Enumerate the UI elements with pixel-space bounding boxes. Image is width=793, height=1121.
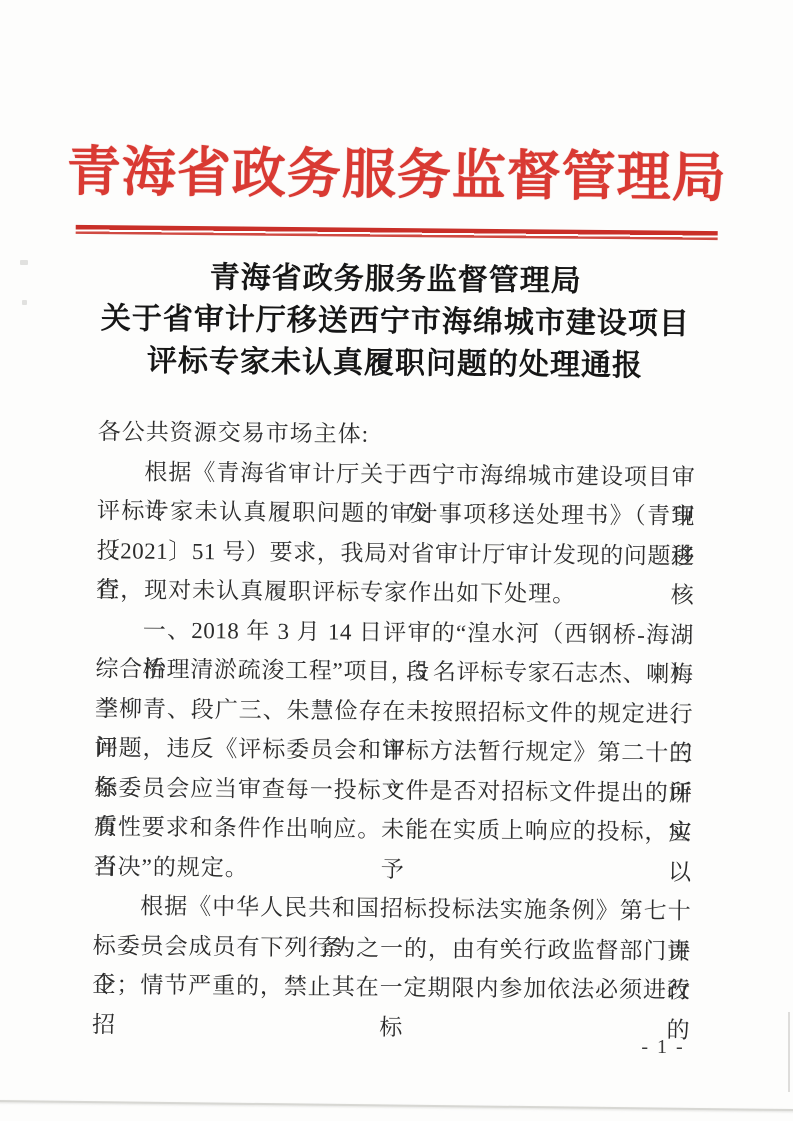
body-line: 李柳青、段广三、朱慧俭存在未按照招标文件的规定进行评审的 bbox=[95, 689, 693, 734]
body-line: 问题，违反《评标委员会和评标方法暂行规定》第二十三条“评 bbox=[95, 728, 693, 773]
document-body: 各公共资源交易市场主体: 根据《青海省审计厅关于西宁市海绵城市建设项目审计发现 … bbox=[92, 412, 696, 1010]
page-content: 青海省政务服务监督管理局 青海省政务服务监督管理局 关于省审计厅移送西宁市海绵城… bbox=[0, 0, 793, 1011]
body-line: 一、2018 年 3 月 14 日评审的“湟水河（西钢桥-海湖桥段） bbox=[96, 610, 694, 655]
scanned-document-page: 青海省政务服务监督管理局 青海省政务服务监督管理局 关于省审计厅移送西宁市海绵城… bbox=[0, 0, 793, 1121]
scan-speck bbox=[20, 260, 28, 265]
body-line: 〔2021〕51 号）要求，我局对省审计厅审计发现的问题进行核 bbox=[96, 531, 694, 576]
salutation: 各公共资源交易市场主体: bbox=[98, 412, 696, 457]
document-title: 青海省政务服务监督管理局 关于省审计厅移送西宁市海绵城市建设项目 评标专家未认真… bbox=[0, 255, 792, 389]
letterhead-org-name: 青海省政务服务监督管理局 bbox=[0, 134, 793, 216]
body-line: 标委员会成员有下列行为之一的，由有关行政监督部门责令改 bbox=[93, 926, 691, 971]
body-line: 根据《中华人民共和国招标投标法实施条例》第七十一条“评 bbox=[93, 886, 691, 931]
scan-edge-artifact-right bbox=[788, 1012, 790, 1092]
scan-edge-artifact-bottom bbox=[0, 1100, 793, 1111]
scan-speck bbox=[22, 300, 27, 305]
document-title-line: 评标专家未认真履职问题的处理通报 bbox=[0, 339, 792, 389]
letterhead-divider-rule bbox=[75, 225, 717, 240]
body-line: 根据《青海省审计厅关于西宁市海绵城市建设项目审计发现 bbox=[97, 452, 695, 497]
page-number: - 1 - bbox=[618, 1036, 708, 1059]
document-title-line: 关于省审计厅移送西宁市海绵城市建设项目 bbox=[0, 297, 792, 347]
body-line: 标委员会应当审查每一投标文件是否对招标文件提出的所有实 bbox=[94, 768, 692, 813]
body-line: 综合治理清淤疏浚工程”项目，5 名评标专家石志杰、喇梅兰、 bbox=[95, 649, 693, 694]
body-line: 正；情节严重的，禁止其在一定期限内参加依法必须进行招标的 bbox=[92, 965, 690, 1010]
body-line: 评标专家未认真履职问题的审计事项移送处理书》（青审投移 bbox=[97, 491, 695, 536]
body-line: 质性要求和条件作出响应。未能在实质上响应的投标，应当予以 bbox=[94, 807, 692, 852]
